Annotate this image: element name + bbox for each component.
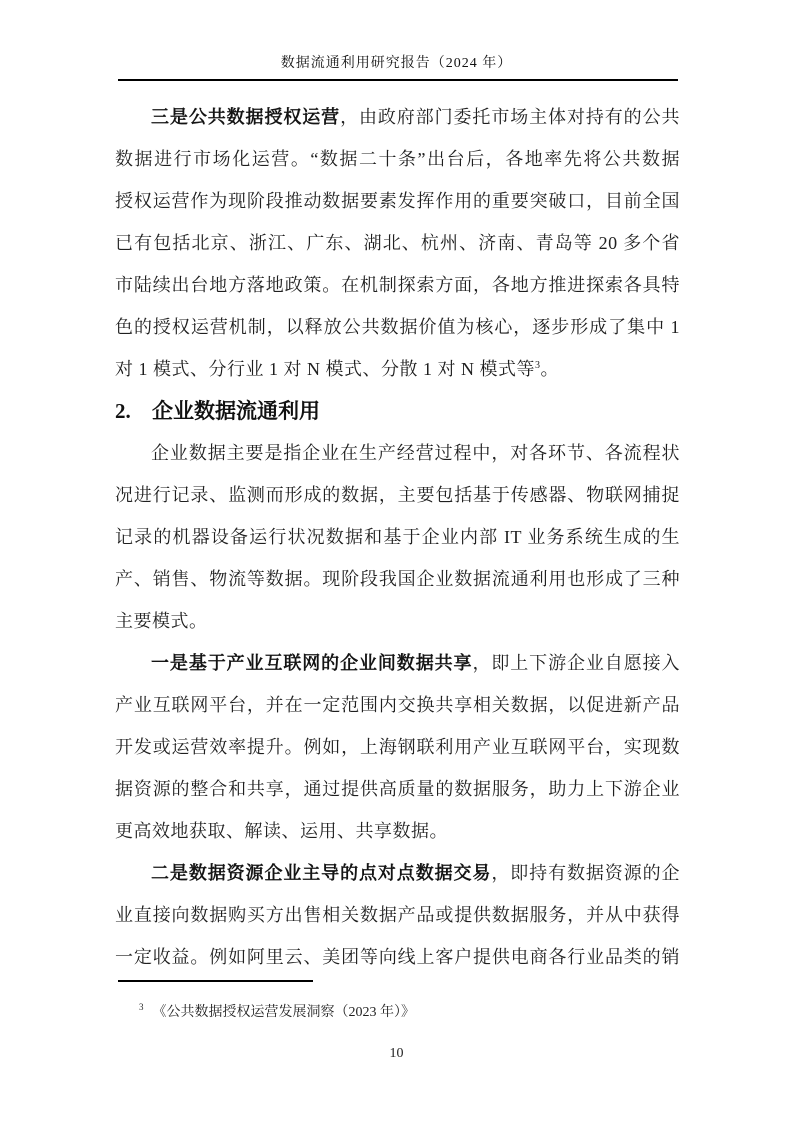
paragraph-line: 主要模式。 [115, 600, 680, 642]
section-number: 2. [115, 390, 152, 432]
line-text: ，由政府部门委托市场主体对持有的公共 [340, 107, 680, 127]
footnote-number: 3 [139, 1002, 144, 1012]
paragraph-line: 业直接向数据购买方出售相关数据产品或提供数据服务，并从中获得 [115, 894, 680, 936]
paragraph-line: 开发或运营效率提升。例如，上海钢联利用产业互联网平台，实现数 [115, 726, 680, 768]
line-text: 。 [541, 359, 560, 379]
line-text: ，即上下游企业自愿接入 [472, 653, 680, 673]
paragraph-line: 对 1 模式、分行业 1 对 N 模式、分散 1 对 N 模式等3。 [115, 348, 680, 390]
paragraph-line: 企业数据主要是指企业在生产经营过程中，对各环节、各流程状 [115, 432, 680, 474]
paragraph-line: 况进行记录、监测而形成的数据，主要包括基于传感器、物联网捕捉 [115, 474, 680, 516]
document-body: 三是公共数据授权运营，由政府部门委托市场主体对持有的公共 数据进行市场化运营。“… [115, 96, 680, 978]
paragraph-line: 二是数据资源企业主导的点对点数据交易，即持有数据资源的企 [115, 852, 680, 894]
paragraph-line: 数据进行市场化运营。“数据二十条”出台后，各地率先将公共数据 [115, 138, 680, 180]
header-rule [118, 79, 678, 81]
line-text: ，即持有数据资源的企 [491, 863, 680, 883]
paragraph-line: 市陆续出台地方落地政策。在机制探索方面，各地方推进探索各具特 [115, 264, 680, 306]
paragraph-line: 一是基于产业互联网的企业间数据共享，即上下游企业自愿接入 [115, 642, 680, 684]
paragraph-line: 色的授权运营机制，以释放公共数据价值为核心，逐步形成了集中 1 [115, 306, 680, 348]
section-title: 企业数据流通利用 [152, 399, 320, 423]
document-page: 数据流通利用研究报告（2024 年） 三是公共数据授权运营，由政府部门委托市场主… [0, 0, 793, 1122]
paragraph-line: 产业互联网平台，并在一定范围内交换共享相关数据，以促进新产品 [115, 684, 680, 726]
paragraph-line: 授权运营作为现阶段推动数据要素发挥作用的重要突破口，目前全国 [115, 180, 680, 222]
footnote-text: 《公共数据授权运营发展洞察（2023 年）》 [153, 1005, 416, 1020]
paragraph-line: 记录的机器设备运行状况数据和基于企业内部 IT 业务系统生成的生 [115, 516, 680, 558]
line-text: 对 1 模式、分行业 1 对 N 模式、分散 1 对 N 模式等 [115, 359, 535, 379]
section-heading: 2.企业数据流通利用 [115, 390, 680, 432]
bold-lead-text: 二是数据资源企业主导的点对点数据交易 [151, 863, 491, 883]
paragraph-line: 据资源的整合和共享，通过提供高质量的数据服务，助力上下游企业 [115, 768, 680, 810]
bold-lead-text: 三是公共数据授权运营 [151, 107, 340, 127]
footnote: 3《公共数据授权运营发展洞察（2023 年）》 [115, 1002, 680, 1024]
bold-lead-text: 一是基于产业互联网的企业间数据共享 [151, 653, 472, 673]
paragraph-line: 更高效地获取、解读、运用、共享数据。 [115, 810, 680, 852]
paragraph-line: 三是公共数据授权运营，由政府部门委托市场主体对持有的公共 [115, 96, 680, 138]
paragraph-line: 已有包括北京、浙江、广东、湖北、杭州、济南、青岛等 20 多个省 [115, 222, 680, 264]
paragraph-line: 产、销售、物流等数据。现阶段我国企业数据流通利用也形成了三种 [115, 558, 680, 600]
page-number: 10 [0, 1046, 793, 1062]
header-title: 数据流通利用研究报告（2024 年） [0, 52, 793, 72]
footnote-separator-rule [118, 980, 313, 982]
paragraph-line: 一定收益。例如阿里云、美团等向线上客户提供电商各行业品类的销 [115, 936, 680, 978]
